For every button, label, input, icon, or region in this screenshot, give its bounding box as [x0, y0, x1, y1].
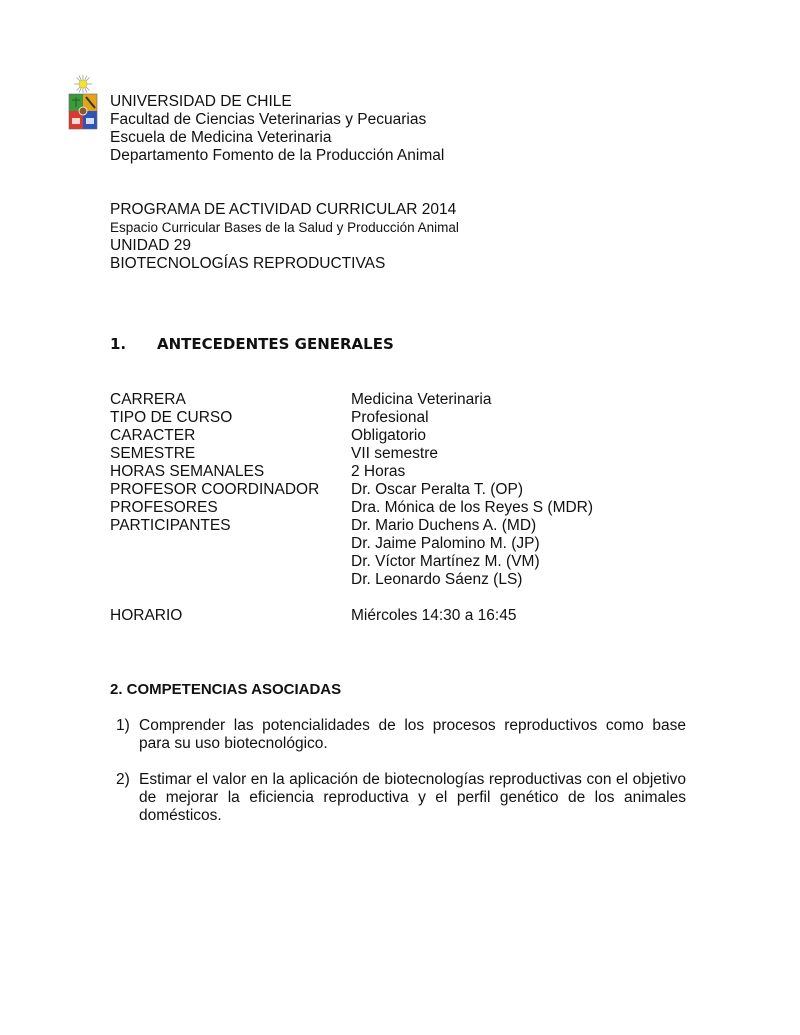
schedule-row: HORARIOMiércoles 14:30 a 16:45 — [110, 607, 593, 625]
info-value: Dr. Mario Duchens A. (MD) — [351, 517, 536, 535]
competency-item: 1) Comprender las potencialidades de los… — [116, 717, 686, 753]
info-row: Dr. Jaime Palomino M. (JP) — [110, 535, 593, 553]
info-value: VII semestre — [351, 445, 438, 463]
university-crest-logo — [67, 74, 99, 132]
info-key: PARTICIPANTES — [110, 517, 351, 535]
info-value: Dra. Mónica de los Reyes S (MDR) — [351, 499, 593, 517]
competency-text: Comprender las potencialidades de los pr… — [139, 717, 686, 753]
info-row: CARACTERObligatorio — [110, 427, 593, 445]
info-value: Dr. Jaime Palomino M. (JP) — [351, 535, 540, 553]
general-info-table: CARRERAMedicina Veterinaria TIPO DE CURS… — [110, 391, 593, 625]
info-key — [110, 553, 351, 571]
info-row: PARTICIPANTESDr. Mario Duchens A. (MD) — [110, 517, 593, 535]
info-row: Dr. Leonardo Sáenz (LS) — [110, 571, 593, 589]
info-key: PROFESORES — [110, 499, 351, 517]
info-row: PROFESORESDra. Mónica de los Reyes S (MD… — [110, 499, 593, 517]
schedule-value: Miércoles 14:30 a 16:45 — [351, 607, 516, 625]
info-key: HORAS SEMANALES — [110, 463, 351, 481]
info-key — [110, 535, 351, 553]
competency-text: Estimar el valor en la aplicación de bio… — [139, 771, 686, 825]
info-value: Dr. Víctor Martínez M. (VM) — [351, 553, 540, 571]
section-2-heading: 2. COMPETENCIAS ASOCIADAS — [110, 681, 341, 698]
program-title: PROGRAMA DE ACTIVIDAD CURRICULAR 2014 — [110, 201, 459, 219]
info-row: SEMESTREVII semestre — [110, 445, 593, 463]
competency-number: 1) — [116, 717, 130, 735]
institution-header: UNIVERSIDAD DE CHILE Facultad de Ciencia… — [110, 93, 444, 165]
info-key: TIPO DE CURSO — [110, 409, 351, 427]
info-row: PROFESOR COORDINADORDr. Oscar Peralta T.… — [110, 481, 593, 499]
info-key: CARACTER — [110, 427, 351, 445]
faculty-name: Facultad de Ciencias Veterinarias y Pecu… — [110, 111, 444, 129]
school-name: Escuela de Medicina Veterinaria — [110, 129, 444, 147]
info-value: Medicina Veterinaria — [351, 391, 491, 409]
info-value: Obligatorio — [351, 427, 426, 445]
unit-number: UNIDAD 29 — [110, 237, 459, 255]
section-1-heading: 1.ANTECEDENTES GENERALES — [110, 335, 394, 353]
section-1-title: ANTECEDENTES GENERALES — [157, 335, 394, 353]
info-value: Dr. Leonardo Sáenz (LS) — [351, 571, 522, 589]
university-name: UNIVERSIDAD DE CHILE — [110, 93, 444, 111]
program-block: PROGRAMA DE ACTIVIDAD CURRICULAR 2014 Es… — [110, 201, 459, 273]
department-name: Departamento Fomento de la Producción An… — [110, 147, 444, 165]
info-value: 2 Horas — [351, 463, 405, 481]
info-row: HORAS SEMANALES2 Horas — [110, 463, 593, 481]
info-key — [110, 571, 351, 589]
schedule-key: HORARIO — [110, 607, 351, 625]
info-key: SEMESTRE — [110, 445, 351, 463]
course-name: BIOTECNOLOGÍAS REPRODUCTIVAS — [110, 255, 459, 273]
info-row: CARRERAMedicina Veterinaria — [110, 391, 593, 409]
info-value: Profesional — [351, 409, 429, 427]
info-value: Dr. Oscar Peralta T. (OP) — [351, 481, 523, 499]
info-row: Dr. Víctor Martínez M. (VM) — [110, 553, 593, 571]
competency-item: 2) Estimar el valor en la aplicación de … — [116, 771, 686, 825]
info-key: PROFESOR COORDINADOR — [110, 481, 351, 499]
curricular-space: Espacio Curricular Bases de la Salud y P… — [110, 219, 459, 237]
info-key: CARRERA — [110, 391, 351, 409]
competency-number: 2) — [116, 771, 130, 789]
section-1-number: 1. — [110, 335, 157, 353]
info-row: TIPO DE CURSOProfesional — [110, 409, 593, 427]
star-icon — [74, 75, 92, 93]
